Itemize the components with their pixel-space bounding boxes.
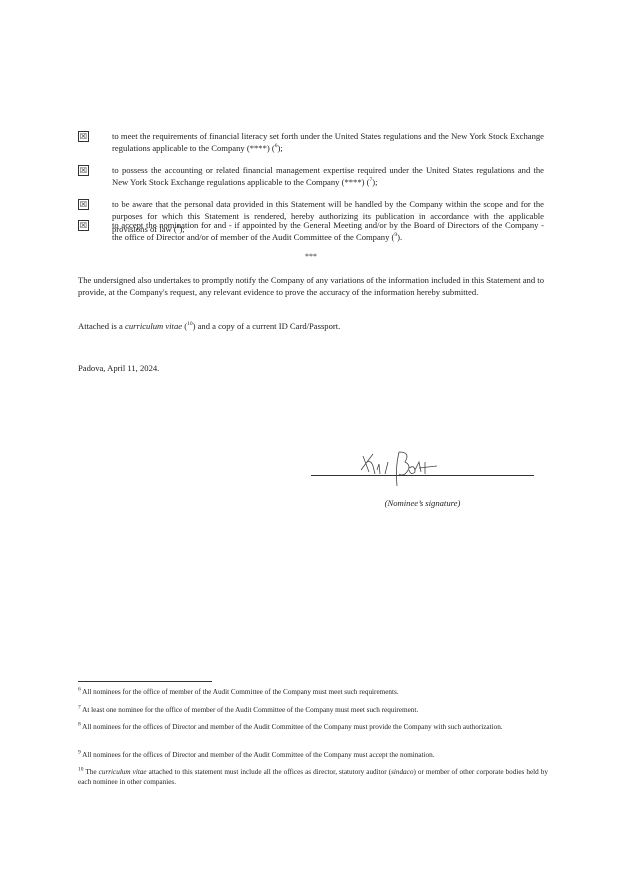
handwritten-signature bbox=[355, 448, 445, 488]
place-and-date: Padova, April 11, 2024. bbox=[78, 362, 544, 374]
footnote-6: 6 All nominees for the office of member … bbox=[78, 687, 548, 697]
footnote-7: 7 At least one nominee for the office of… bbox=[78, 705, 548, 715]
item-text: to meet the requirements of financial li… bbox=[112, 130, 544, 155]
item-text: to accept the nomination for and - if ap… bbox=[112, 219, 544, 244]
checked-box-icon: ☒ bbox=[78, 131, 89, 142]
footnote-9: 9 All nominees for the offices of Direct… bbox=[78, 750, 548, 760]
footnote-8: 8 All nominees for the offices of Direct… bbox=[78, 722, 548, 732]
undertaking-paragraph: The undersigned also undertakes to promp… bbox=[78, 274, 544, 299]
footnote-separator bbox=[78, 681, 212, 682]
item-text: to possess the accounting or related fin… bbox=[112, 164, 544, 189]
signature-line bbox=[311, 475, 534, 476]
checked-box-icon: ☒ bbox=[78, 220, 89, 231]
footnote-10: 10 The curriculum vitae attached to this… bbox=[78, 767, 548, 787]
checked-box-icon: ☒ bbox=[78, 165, 89, 176]
signature-label: (Nominee’s signature) bbox=[311, 498, 534, 508]
attachments-paragraph: Attached is a curriculum vitae (10) and … bbox=[78, 320, 544, 332]
section-separator: *** bbox=[0, 252, 622, 261]
document-page: ☒ to meet the requirements of financial … bbox=[0, 0, 622, 880]
checked-box-icon: ☒ bbox=[78, 199, 89, 210]
